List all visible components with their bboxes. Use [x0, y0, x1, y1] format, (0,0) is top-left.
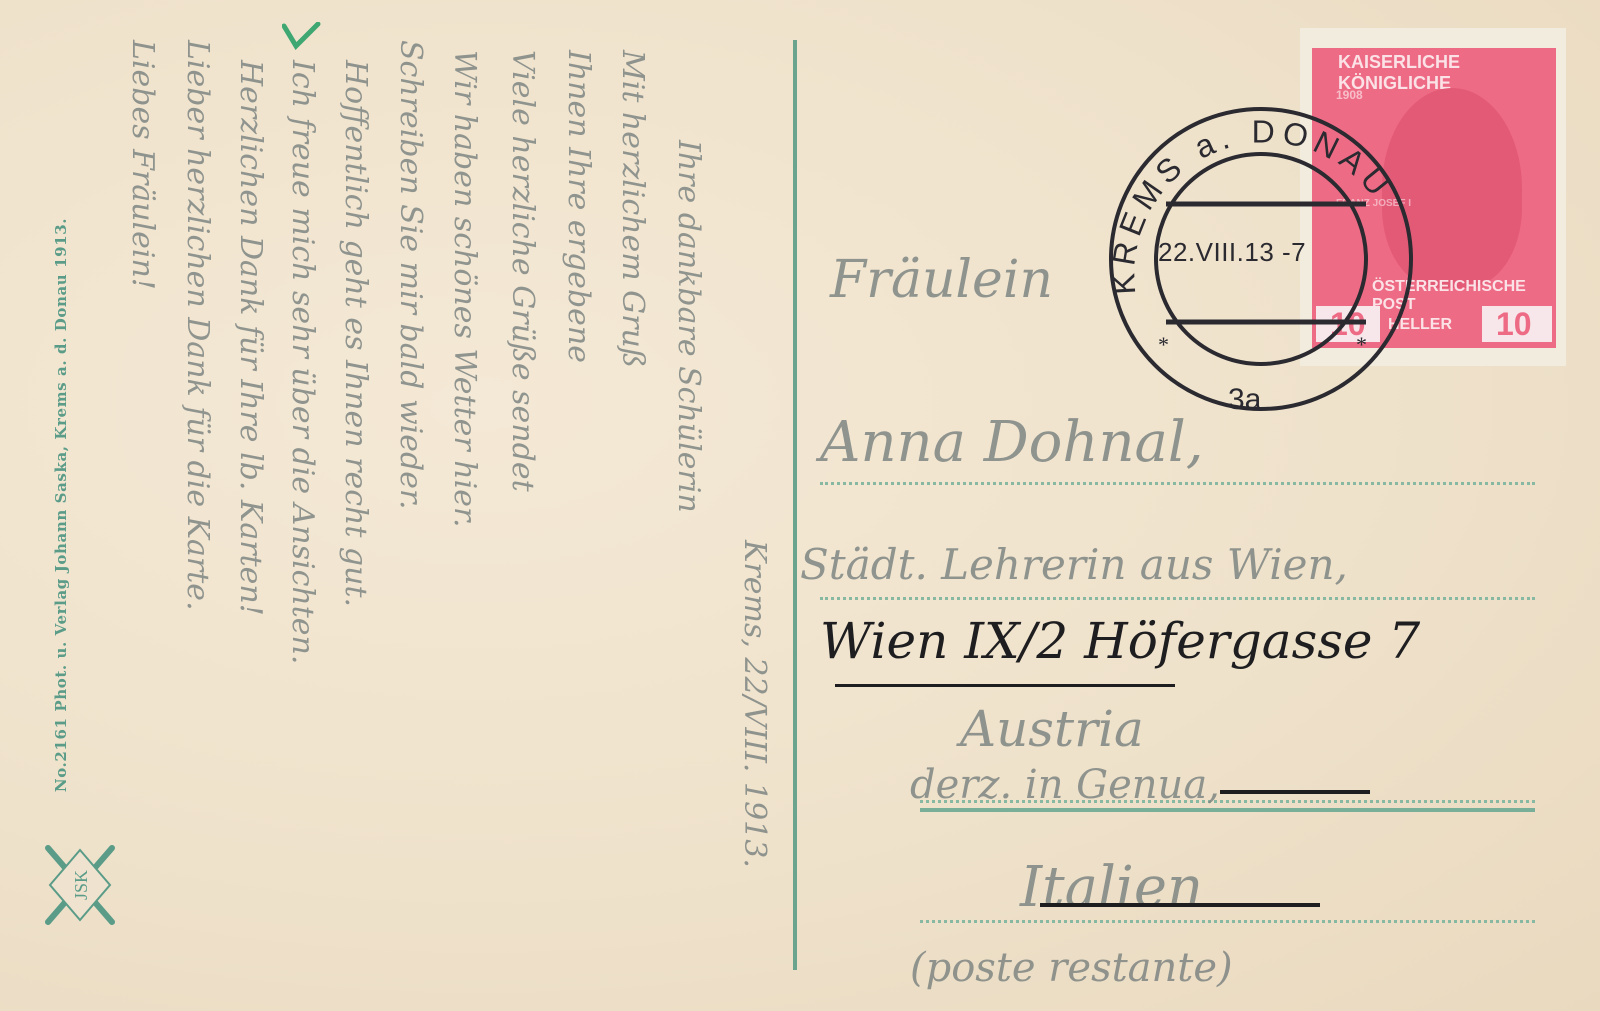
message-line: Liebes Fräulein! [125, 40, 160, 290]
svg-text:*: * [1158, 332, 1169, 357]
strikeout-2 [1040, 903, 1320, 907]
address-line-2 [820, 597, 1535, 600]
address-name: Anna Dohnal, [820, 410, 1204, 475]
publisher-logo-icon: JSK [40, 840, 120, 930]
svg-text:*: * [1356, 332, 1367, 357]
message-line: Ihnen Ihre ergebene [561, 50, 596, 363]
message-line: Wir haben schönes Wetter hier. [447, 50, 482, 528]
message-line: Schreiben Sie mir bald wieder. [393, 40, 428, 510]
address-country: Austria [960, 700, 1144, 758]
message-line: Ich freue mich sehr über die Ansichten. [285, 60, 320, 664]
address-salutation: Fräulein [830, 250, 1053, 310]
message-line: Viele herzliche Grüße sendet [505, 50, 540, 492]
message-dateline: Krems, 22/VIII. 1913. [737, 540, 772, 868]
message-line: Lieber herzlichen Dank für die Karte. [180, 40, 215, 611]
value-box-right: 10 [1482, 306, 1552, 342]
address-note: (poste restante) [910, 945, 1233, 991]
message-line: Herzlichen Dank für Ihre lb. Karten! [233, 60, 268, 616]
address-title: Städt. Lehrerin aus Wien, [800, 540, 1348, 589]
check-mark-icon [282, 22, 322, 52]
address-line-4 [920, 920, 1535, 923]
address-line-1 [820, 482, 1535, 485]
address-street: Wien IX/2 Höfergasse 7 [820, 612, 1420, 670]
address-forward: derz. in Genua, [910, 762, 1220, 808]
address-underline [835, 684, 1175, 687]
message-line: Hoffentlich geht es Ihnen recht gut. [338, 60, 373, 607]
strikeout-1 [1220, 790, 1370, 794]
center-divider [793, 40, 797, 970]
postcard-back: No.2161 Phot. u. Verlag Johann Saska, Kr… [0, 0, 1600, 1011]
postmark-code: 3a [1228, 383, 1261, 417]
address-country-2: Italien [1020, 855, 1203, 920]
message-line: Ihre dankbare Schülerin [671, 140, 706, 513]
svg-text:JSK: JSK [71, 870, 91, 900]
postmark-date: 22.VIII.13 -7 [1158, 237, 1306, 268]
address-rule [920, 808, 1535, 812]
message-line: Mit herzlichem Gruß [615, 50, 650, 368]
publisher-imprint: No.2161 Phot. u. Verlag Johann Saska, Kr… [52, 95, 72, 915]
